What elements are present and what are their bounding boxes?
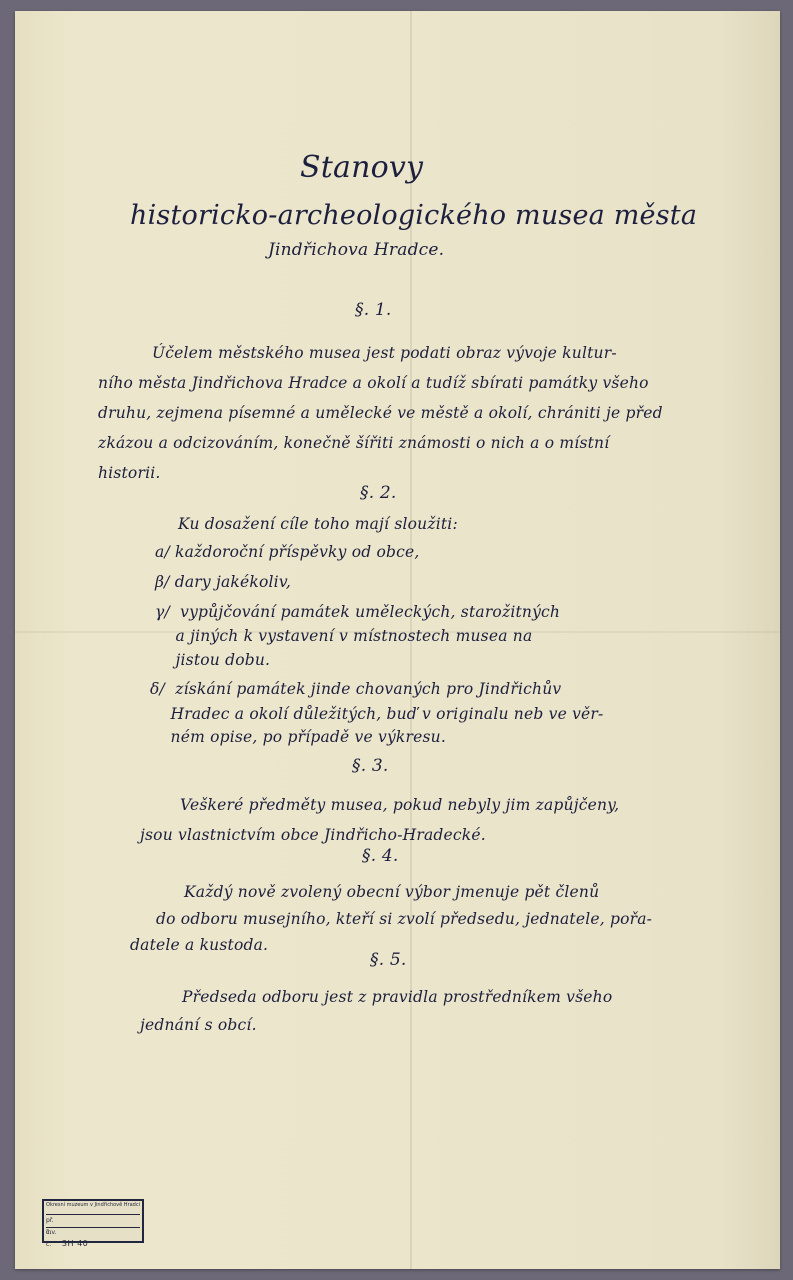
section-1-line: Účelem městského musea jest podati obraz…: [152, 344, 617, 362]
stamp-inventory-value: 3H 40: [62, 1239, 88, 1248]
section-1-line: ního města Jindřichova Hradce a okolí a …: [98, 374, 649, 392]
stamp-inventory-label: inv. č.: [46, 1227, 60, 1251]
document-subtitle-line2: Jindřichova Hradce.: [268, 240, 444, 260]
section-3-line: jsou vlastnictvím obce Jindřicho-Hradeck…: [140, 826, 486, 844]
section-2-heading: §. 2.: [360, 483, 397, 503]
section-2-item-d-cont: Hradec a okolí důležitých, buď v origina…: [150, 705, 603, 723]
section-2-item-d: δ/ získání památek jinde chovaných pro J…: [150, 680, 561, 698]
section-2-item-c: γ/ vypůjčování památek uměleckých, staro…: [155, 603, 560, 621]
section-2-item-a: a/ každoroční příspěvky od obce,: [155, 543, 420, 561]
section-4-line: do odboru musejního, kteří si zvolí před…: [156, 910, 652, 928]
section-3-line: Veškeré předměty musea, pokud nebyly jim…: [180, 796, 619, 814]
stamp-row-inventory: inv. č. 3H 40: [46, 1227, 140, 1239]
section-1-line: historii.: [98, 464, 161, 482]
document-title: Stanovy: [300, 150, 423, 185]
section-4-line: Každý nově zvolený obecní výbor jmenuje …: [184, 883, 599, 901]
archive-stamp: Okresní muzeum v Jindřichově Hradci př. …: [42, 1199, 144, 1243]
section-2-item-d-cont: ném opise, po případě ve výkresu.: [150, 728, 446, 746]
section-1-line: druhu, zejmena písemné a umělecké ve měs…: [98, 404, 663, 422]
section-2-line: Ku dosažení cíle toho mají sloužiti:: [178, 515, 458, 533]
document-subtitle-line1: historicko-archeologického musea města: [130, 200, 697, 231]
section-3-heading: §. 3.: [352, 756, 389, 776]
section-1-heading: §. 1.: [355, 300, 392, 320]
section-5-line: Předseda odboru jest z pravidla prostřed…: [182, 988, 612, 1006]
section-2-item-c-cont: jistou dobu.: [155, 651, 270, 669]
section-2-item-b: β/ dary jakékoliv,: [155, 573, 291, 591]
section-4-heading: §. 4.: [362, 846, 399, 866]
stamp-header: Okresní muzeum v Jindřichově Hradci: [46, 1202, 140, 1215]
section-2-item-c-cont: a jiných k vystavení v místnostech musea…: [155, 627, 532, 645]
section-1-line: zkázou a odcizováním, konečně šířiti zná…: [98, 434, 609, 452]
section-5-heading: §. 5.: [370, 950, 407, 970]
section-5-line: jednání s obcí.: [140, 1016, 257, 1034]
section-4-line: datele a kustoda.: [130, 936, 268, 954]
